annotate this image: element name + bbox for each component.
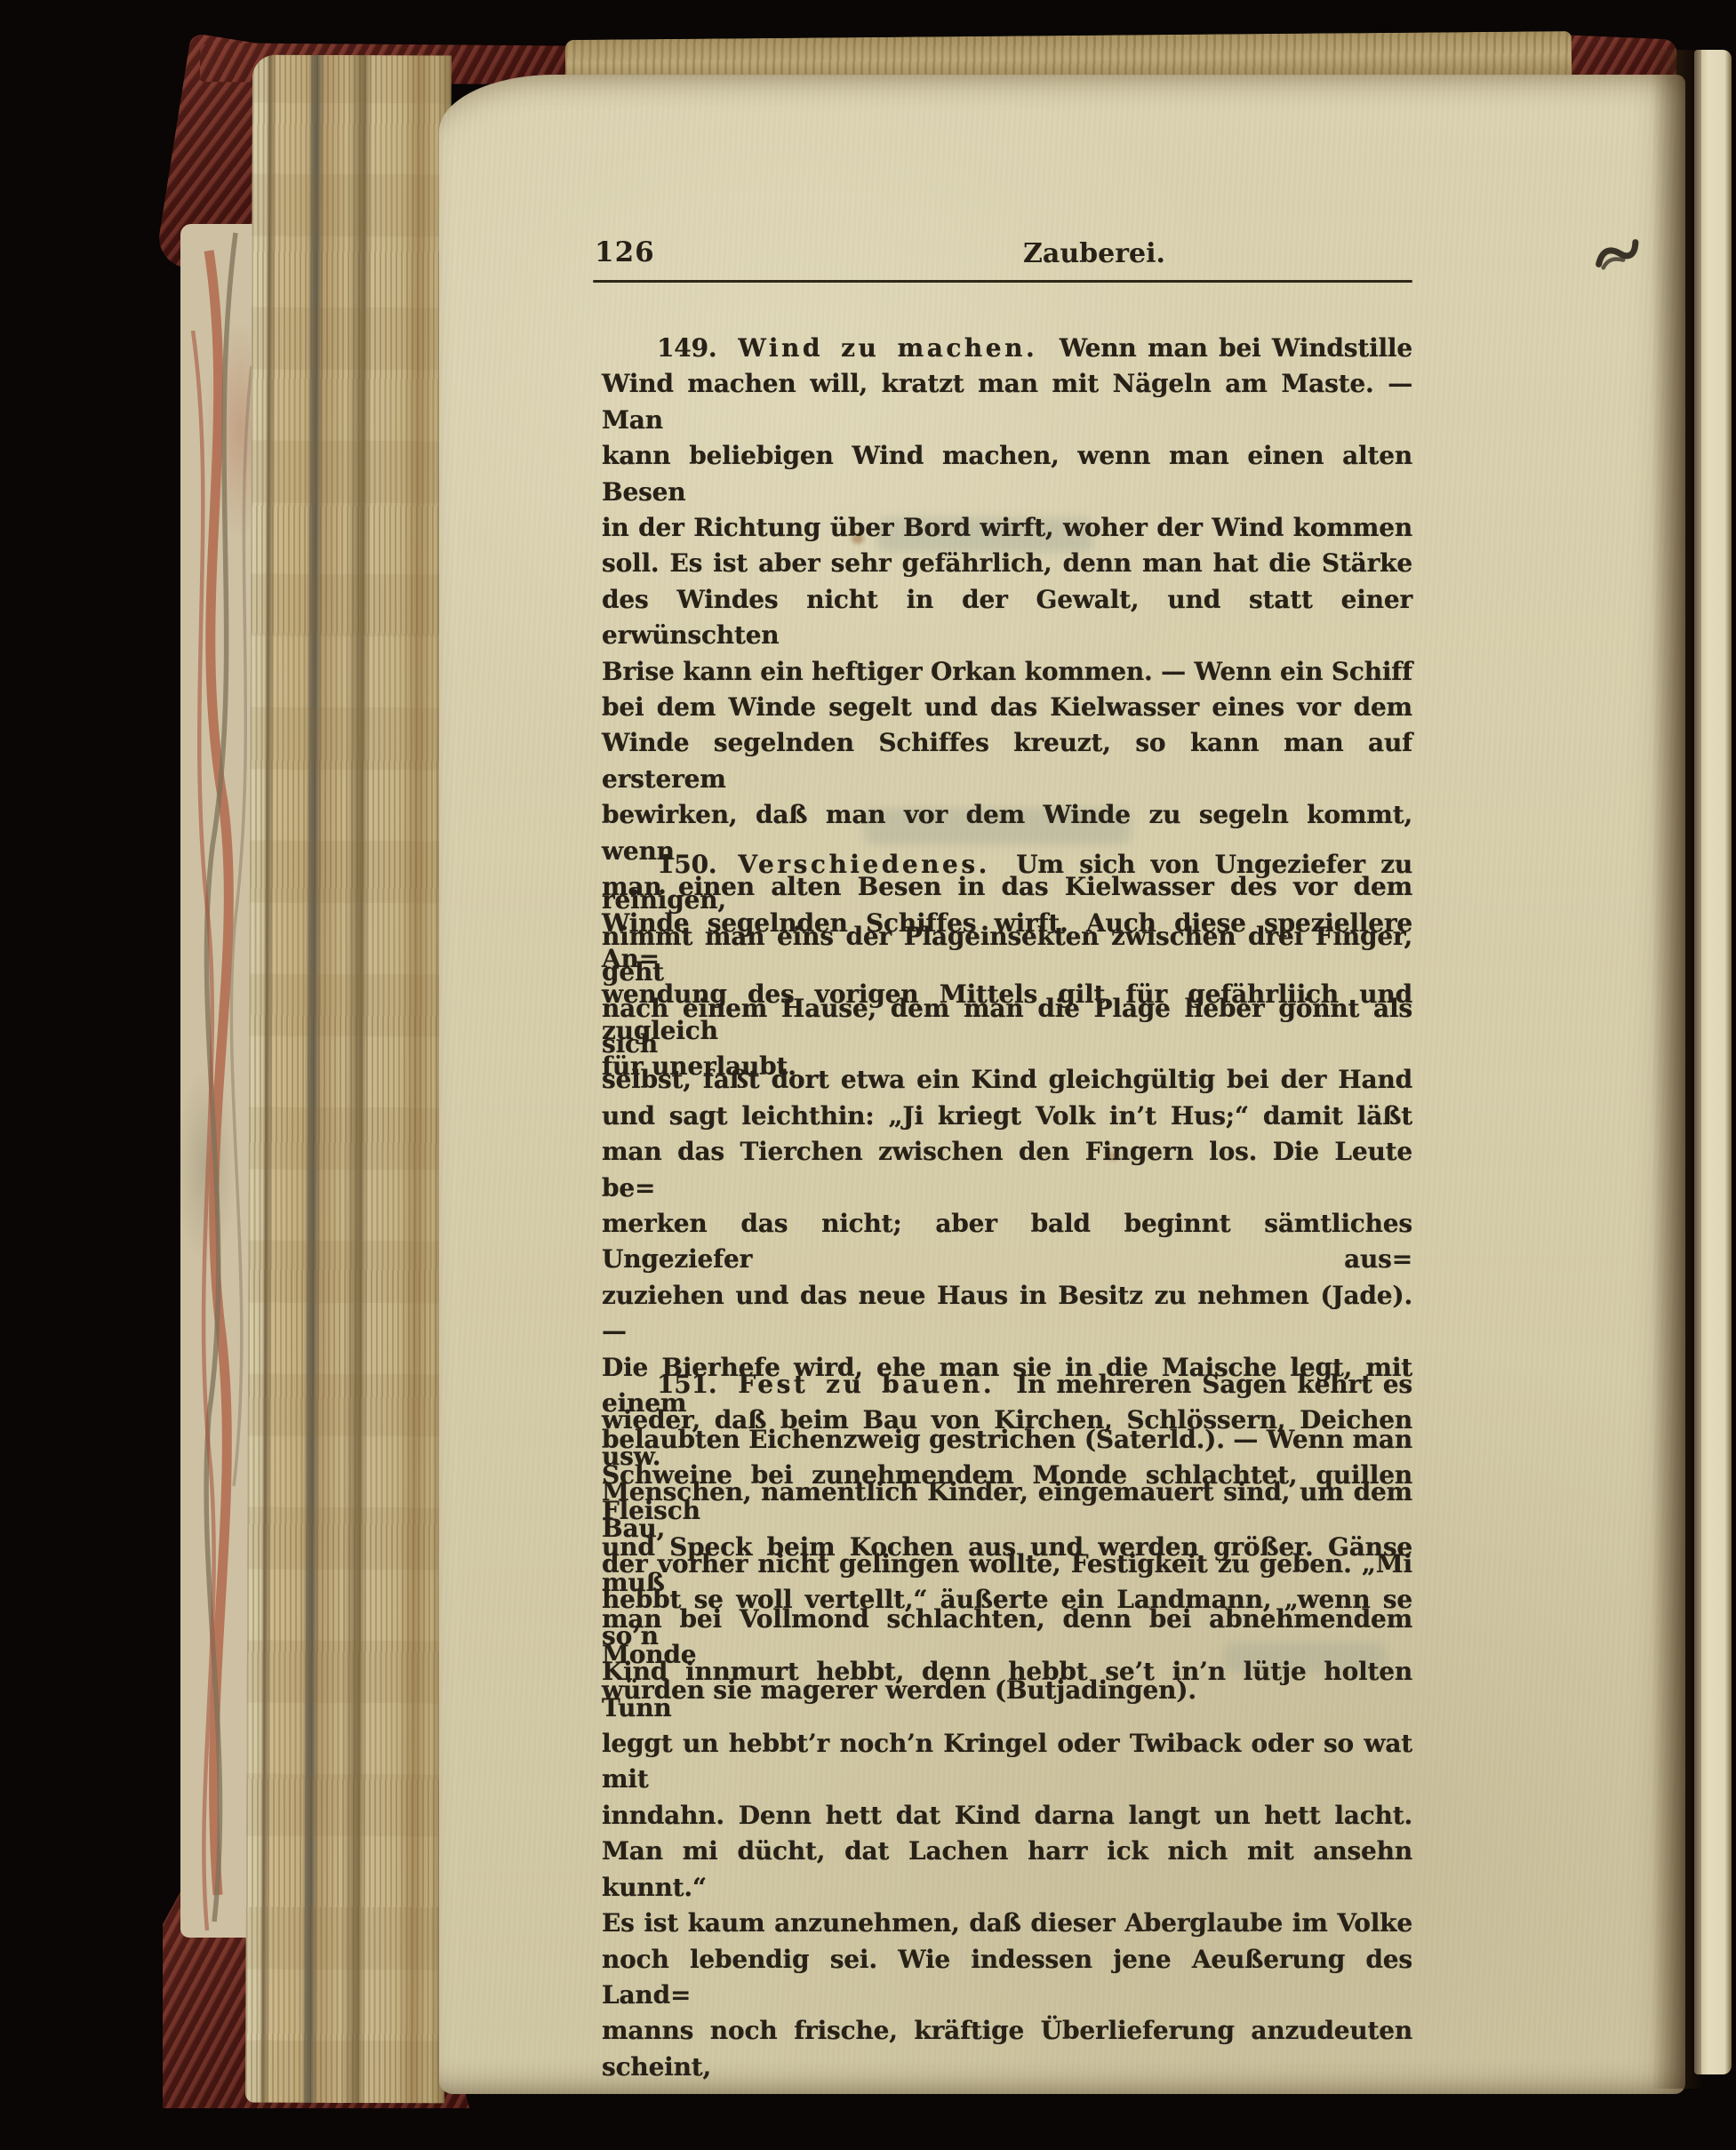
text-line: Wind machen will, kratzt man mit Nägeln … <box>602 366 1412 438</box>
text-line: nach einem Hause, dem man die Plage lieb… <box>602 991 1412 1063</box>
paragraph-heading: Verschiedenes. <box>738 850 989 879</box>
text-line: und sagt leichthin: „Ji kriegt Volk in’t… <box>602 1099 1412 1134</box>
text-line: hebbt se woll vertellt,“ äußerte ein Lan… <box>602 1582 1412 1654</box>
text-line: leggt un hebbt’r noch’n Kringel oder Twi… <box>602 1726 1412 1798</box>
text-line: Menschen, namentlich Kinder, eingemauert… <box>602 1475 1412 1547</box>
text-line: inndahn. Denn hett dat Kind darna langt … <box>602 1798 1412 1834</box>
text-line: noch lebendig sei. Wie indessen jene Aeu… <box>602 1942 1412 2014</box>
text-line: 151.Fest zu bauen. In mehreren Sagen keh… <box>602 1367 1412 1403</box>
text-line: der vorher nicht gelingen wollte, Festig… <box>602 1547 1412 1582</box>
text-line: merken das nicht; aber bald beginnt sämt… <box>602 1206 1412 1278</box>
text-line: manns noch frische, kräftige Überlieferu… <box>602 2013 1412 2085</box>
text-line: Es ist kaum anzunehmen, daß dieser Aberg… <box>602 1906 1412 1941</box>
text-line: Man mi dücht, dat Lachen harr ick nich m… <box>602 1834 1412 1906</box>
text-line: selbst, faßt dort etwa ein Kind gleichgü… <box>602 1062 1412 1098</box>
text-line: zuziehen und das neue Haus in Besitz zu … <box>602 1278 1412 1350</box>
text-line: soll. Es ist aber sehr gefährlich, denn … <box>602 546 1412 581</box>
header-rule <box>593 280 1412 283</box>
running-title: Zauberei. <box>602 238 1412 269</box>
paragraph-heading: Wind zu machen. <box>738 333 1037 363</box>
paragraph-number: 149. <box>657 333 716 363</box>
text-line: man das Tierchen zwischen den Fingern lo… <box>602 1134 1412 1206</box>
paragraph-151: 151.Fest zu bauen. In mehreren Sagen keh… <box>602 1367 1412 2085</box>
text-line: des Windes nicht in der Gewalt, und stat… <box>602 582 1412 654</box>
text-line: Brise kann ein heftiger Orkan kommen. — … <box>602 654 1412 690</box>
text-line: wieder, daß beim Bau von Kirchen, Schlös… <box>602 1403 1412 1475</box>
gutter-shadow <box>1652 50 1701 2089</box>
text-line: Winde segelnden Schiffes kreuzt, so kann… <box>602 725 1412 797</box>
text-line: Kind innmurt hebbt, denn hebbt se’t in’n… <box>602 1654 1412 1726</box>
text-line: in der Richtung über Bord wirft, woher d… <box>602 510 1412 546</box>
paragraph-heading: Fest zu bauen. <box>738 1370 995 1399</box>
text-line: bei dem Winde segelt und das Kielwasser … <box>602 690 1412 725</box>
fore-edge-page-stack <box>245 55 452 2104</box>
paragraph-number: 151. <box>657 1370 716 1399</box>
text-line: 149.Wind zu machen. Wenn man bei Windsti… <box>602 331 1412 366</box>
text-line: kann beliebigen Wind machen, wenn man ei… <box>602 438 1412 510</box>
book-photo: { "page": { "number": "126", "running_ti… <box>0 0 1736 2150</box>
text-line: nimmt man eins der Plageinsekten zwische… <box>602 919 1412 991</box>
text-line: 150.Verschiedenes. Um sich von Ungeziefe… <box>602 847 1412 919</box>
paragraph-number: 150. <box>657 850 716 879</box>
